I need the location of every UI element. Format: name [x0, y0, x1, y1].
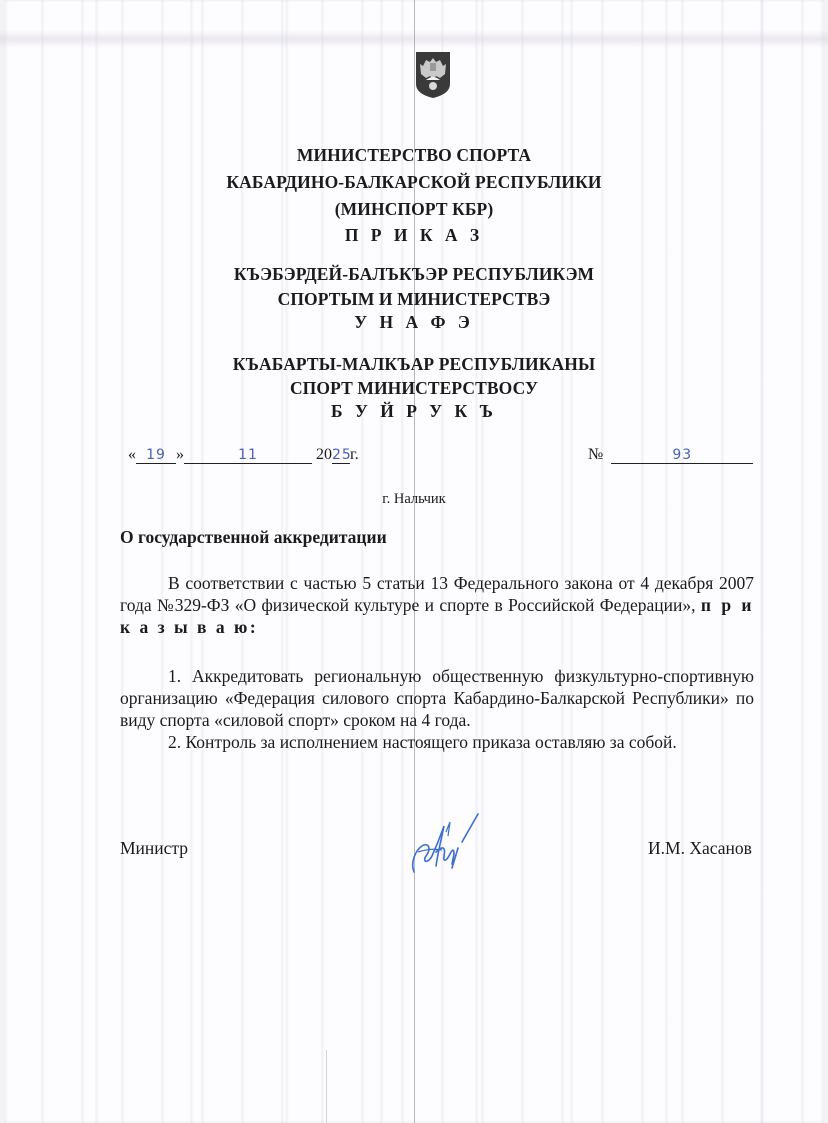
header-republic-ru: КАБАРДИНО-БАЛКАРСКОЙ РЕСПУБЛИКИ — [0, 171, 828, 193]
order-date: «19»11 2025г. — [128, 446, 359, 464]
header-republic-kbd: КЪЭБЭРДЕЙ-БАЛЪКЪЭР РЕСПУБЛИКЭМ — [0, 263, 828, 285]
header-abbr-ru: (МИНСПОРТ КБР) — [0, 198, 828, 220]
fold-line-secondary — [326, 1050, 327, 1123]
doc-type-krc: Б У Й Р У К Ъ — [0, 400, 828, 422]
header-ministry-kbd: СПОРТЫМ И МИНИСТЕРСТВЭ — [0, 288, 828, 310]
city: г. Нальчик — [0, 491, 828, 508]
doc-type-ru: П Р И К А З — [0, 224, 828, 246]
date-year-label: г. — [350, 446, 359, 463]
order-item-1: 1. Аккредитовать региональную общественн… — [120, 665, 754, 731]
header-ministry-krc: СПОРТ МИНИСТЕРСТВОСУ — [0, 377, 828, 399]
preamble-paragraph: В соответствии с частью 5 статьи 13 Феде… — [120, 572, 754, 638]
signer-name: И.М. Хасанов — [648, 838, 752, 859]
date-year-suffix: 25 — [332, 447, 350, 464]
preamble-text: В соответствии с частью 5 статьи 13 Феде… — [120, 573, 754, 615]
doc-type-kbd: У Н А Ф Э — [0, 311, 828, 333]
kbr-coat-of-arms-icon — [414, 50, 452, 100]
header-ministry-ru: МИНИСТЕРСТВО СПОРТА — [0, 144, 828, 166]
number-value: 93 — [611, 447, 753, 464]
order-item-2: 2. Контроль за исполнением настоящего пр… — [120, 731, 754, 753]
header-republic-krc: КЪАБАРТЫ-МАЛКЪАР РЕСПУБЛИКАНЫ — [0, 353, 828, 375]
date-year-prefix: 20 — [316, 446, 332, 463]
date-close-quote: » — [176, 446, 184, 463]
date-month: 11 — [184, 447, 312, 464]
order-title: О государственной аккредитации — [120, 527, 387, 548]
date-open-quote: « — [128, 446, 136, 463]
handwritten-signature-icon — [402, 812, 498, 882]
order-number: № 93 — [588, 446, 753, 464]
signer-position: Министр — [120, 838, 188, 859]
fold-line — [414, 0, 415, 1123]
date-day: 19 — [136, 447, 176, 464]
number-label: № — [588, 446, 603, 463]
